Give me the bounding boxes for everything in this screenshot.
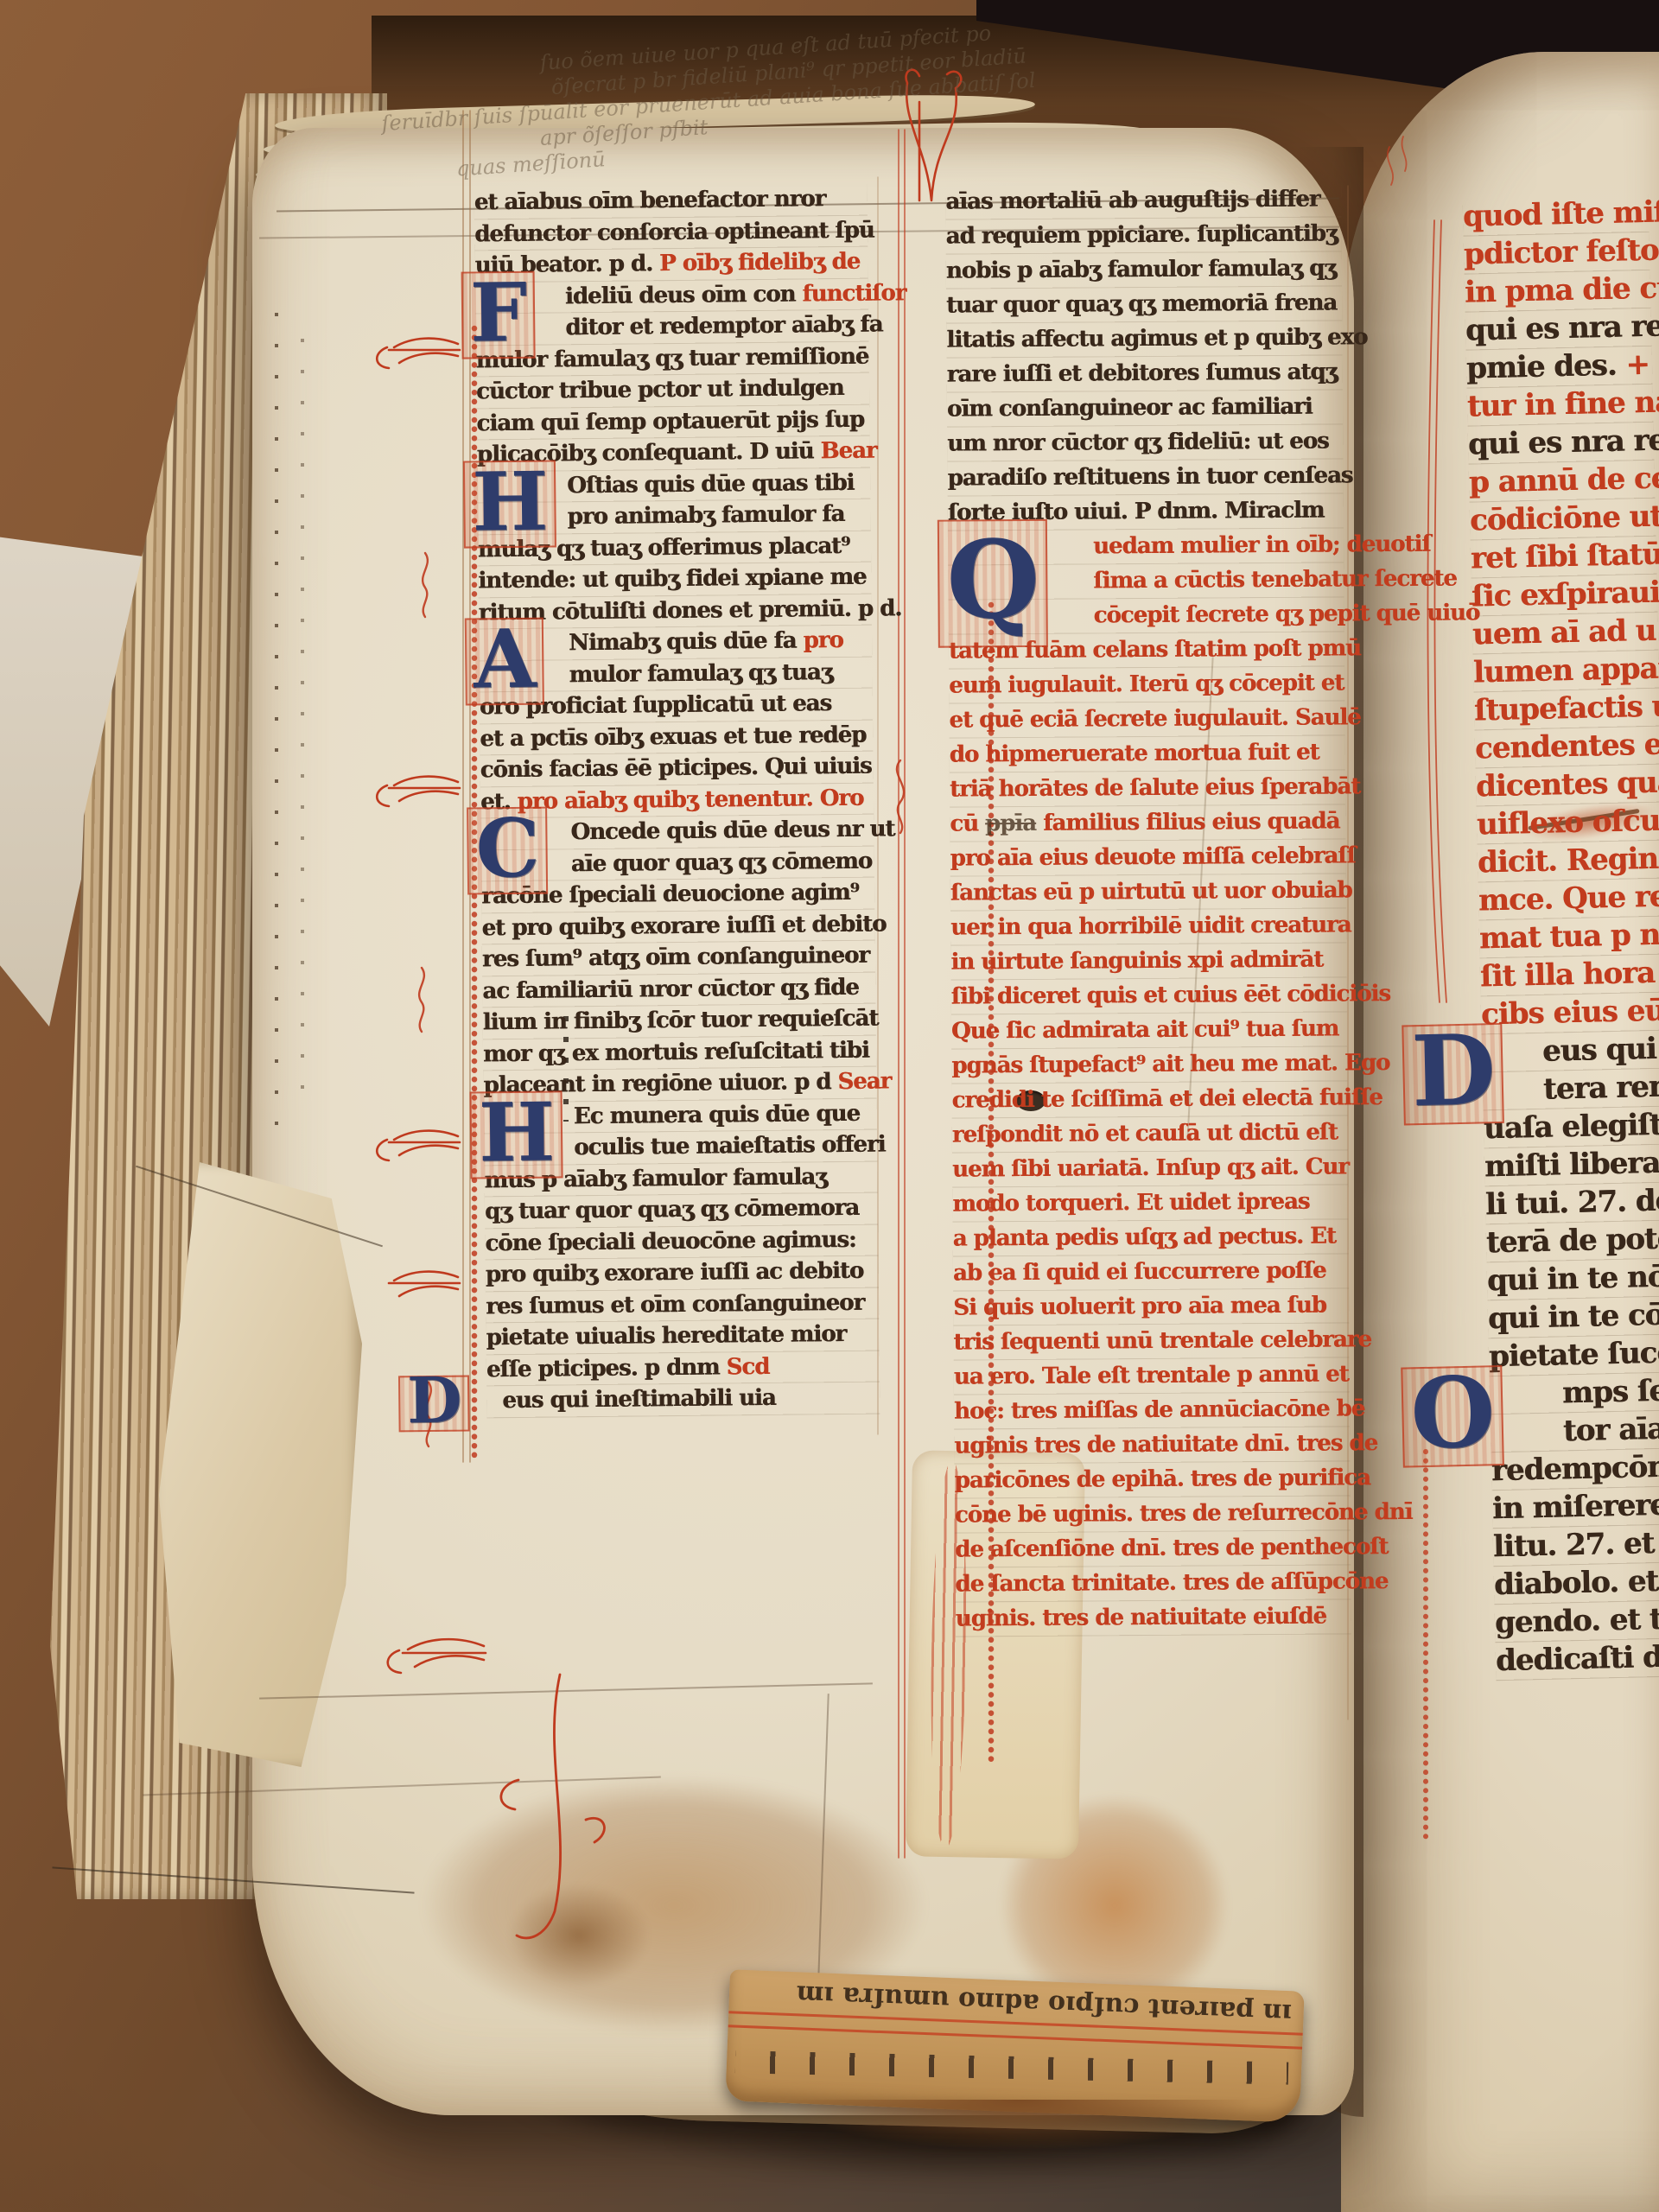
text-run: in uirtute ſanguinis xpi admirāt	[950, 947, 1323, 976]
text-line: in uirtute ſanguinis xpi admirāt	[950, 942, 1346, 979]
text-run: mulor famulaʒ qʒ tuaʒ	[569, 659, 832, 688]
text-run: miſti libera puiciu	[1484, 1143, 1659, 1184]
text-line: rare iuſſi et debitores ſumus atqʒ	[947, 354, 1343, 391]
text-run: ad requiem ppiciare. ſuplicantibʒ	[945, 220, 1337, 249]
text-run: tuar quor quaʒ qʒ memoriā frena	[946, 289, 1337, 318]
text-run: de ſancta trinitate. tres de aſſūpcōne	[955, 1568, 1388, 1597]
text-run: qui es nra red	[1465, 308, 1659, 348]
text-run: lumen apparuit u	[1473, 649, 1659, 690]
text-line: uginis. tres de natiuitate eiuſdē	[956, 1599, 1351, 1636]
text-run: terā de poteſtate pag	[1486, 1218, 1659, 1261]
text-line: ſtupefactis uidit duo	[1474, 688, 1659, 730]
text-run: defunctor conſorcia optineant ſpū	[474, 217, 874, 247]
text-line: a planta pedis uſqʒ ad pectus. Et	[953, 1218, 1349, 1255]
text-run: in miſerere clement	[1492, 1484, 1659, 1526]
text-line: ret ſibi ſtatū hui⁹	[1471, 536, 1657, 578]
text-run: cendentes et intr eos	[1475, 724, 1659, 766]
text-run: um nror cūctor qʒ fideliū: ut eos	[947, 429, 1329, 457]
text-run: ſanctas eū p uirtutū ut uor obuiab	[950, 877, 1352, 906]
text-run: qui in te nō credit	[1487, 1257, 1659, 1298]
text-line: cendentes et intr eos	[1475, 726, 1659, 768]
text-run: do hipmeruerate mortua fuit et	[950, 740, 1319, 768]
text-line: ſibi diceret quis et cuius ēēt cōdiciōis	[951, 976, 1347, 1014]
text-run: lium in finibʒ ſcōr tuor requieſcāt	[483, 1006, 879, 1036]
illuminated-initial-H: H	[472, 465, 548, 537]
left-page-column-2: aīas mortaliū ab auguſtijs differad requ…	[945, 181, 1351, 1636]
text-run: eum iugulauit. Iterū qʒ cōcepit et	[949, 670, 1344, 698]
text-run: qui es nra rede	[1468, 422, 1659, 461]
text-line: litu. 27. et quicquid ui	[1493, 1523, 1659, 1566]
text-line: ciam quī ſemp optauerūt pijs ſup	[476, 404, 869, 439]
text-run: ab ea ſi quid ei ſuccurrere poſſe	[953, 1258, 1326, 1287]
text-run: uem aī ad u	[1472, 613, 1656, 652]
text-run: uginis tres de natiuitate dnī. tres de	[954, 1430, 1377, 1459]
text-line: paradiſo reſtituens in tuor cenſeas	[947, 458, 1343, 495]
text-run: pietate ſuccurre.	[1489, 1333, 1659, 1374]
text-run: ſit illa hora qua te	[1480, 953, 1659, 994]
text-line: dicentes quā credid	[1476, 764, 1659, 806]
text-run: li tui. 27. de manibʒ	[1485, 1180, 1659, 1222]
text-line: diabolo. et ppia iniqui	[1493, 1561, 1659, 1604]
text-run: redempcōnis tocius	[1491, 1446, 1659, 1488]
text-run: mor qʒ ex mortuis reſuſcitati tibi	[483, 1037, 869, 1067]
text-line: cōdiciōne ut a	[1470, 498, 1656, 540]
text-run: et pro quibʒ exorare iuſſi et debito	[481, 911, 886, 941]
text-line: pietate uiualis hereditate mior	[486, 1319, 879, 1354]
text-line: qʒ tuar quor quaʒ qʒ cōmemora	[485, 1192, 878, 1228]
text-line: reſpondit nō et cauſā ut dictū eſt	[952, 1115, 1348, 1152]
text-line: cōne bē uginis. tres de reſurrecōne dnī	[955, 1495, 1351, 1532]
text-run: mps ſempitne	[1562, 1371, 1659, 1411]
text-line: mps ſempitne	[1490, 1371, 1659, 1414]
text-line: redempcōnis tocius	[1491, 1447, 1659, 1490]
text-line: pdictor feſtor	[1464, 232, 1650, 274]
text-line: hoc: tres miſſas de annūciacōne bē	[954, 1391, 1350, 1428]
text-run: dicit. Regina mīe u	[1478, 839, 1659, 880]
text-run: ſtupefactis uidit duo	[1474, 686, 1659, 728]
text-run: mat tua p nobr tris	[1479, 915, 1659, 957]
text-run: oīm conſanguineor ac familiari	[947, 394, 1313, 423]
text-run: uginis. tres de natiuitate eiuſdē	[956, 1604, 1327, 1632]
text-run: Si quis uoluerit pro aīa mea ſub	[953, 1293, 1326, 1321]
text-line: uaſa elegiſti. morte	[1484, 1106, 1659, 1148]
text-line: modo torqueri. Et uidet ipreas	[952, 1184, 1348, 1221]
text-run: ſic exſpirauit. Poſt	[1471, 573, 1659, 613]
text-run: pietate uiualis hereditate mior	[486, 1321, 846, 1351]
text-line: tris ſequenti unū trentale celebrare	[953, 1322, 1349, 1359]
text-run: p annū de celebr	[1469, 460, 1659, 500]
text-run: Sear	[837, 1068, 891, 1095]
text-line: eum iugulauit. Iterū qʒ cōcepit et	[949, 665, 1344, 702]
text-run: qui in te cōfidit p	[1488, 1295, 1659, 1336]
text-line: cōne ſpeciali deuocōne agimus:	[485, 1224, 878, 1259]
text-run: +	[1625, 347, 1649, 383]
text-run: aīe quor quaʒ qʒ cōmemo	[571, 848, 873, 877]
text-run: cōne bē uginis. tres de reſurrecōne dnī	[955, 1499, 1413, 1529]
illuminated-initial-D: D	[1410, 1028, 1495, 1115]
text-line: aīas mortaliū ab auguſtijs differ	[945, 181, 1341, 219]
text-run: modo torqueri. Et uidet ipreas	[952, 1189, 1309, 1217]
text-run: uedam mulier in oīb; deuotiſ	[1093, 531, 1431, 560]
text-run: tur in fine nar	[1467, 385, 1659, 424]
text-line: quod iſte miſſe	[1463, 194, 1649, 236]
text-line: ſanctas eū p uirtutū ut uor obuiab	[950, 873, 1346, 910]
text-line: et aīabus oīm benefactor nror	[474, 183, 868, 219]
text-line: ab ea ſi quid ei ſuccurrere poſſe	[953, 1253, 1349, 1290]
text-run: uiflexo oſculata ped	[1477, 800, 1659, 842]
text-run: tera remiſſiōnis e	[1543, 1066, 1659, 1107]
text-run: dicentes quā credid	[1476, 762, 1659, 804]
text-run: credidi te ſciſſimā et dei electā fuiſſe	[951, 1084, 1382, 1113]
text-line: eus qui es ū	[1482, 1030, 1659, 1072]
text-line: qui in te cōfidit p	[1488, 1295, 1659, 1338]
text-line: tuar quor quaʒ qʒ memoriā frena	[946, 285, 1342, 322]
text-line: miſti libera puiciu	[1484, 1143, 1659, 1185]
prick-marks	[275, 285, 278, 1132]
text-line: res ſumus et oīm conſanguineor	[486, 1287, 879, 1322]
illuminated-initial-O: O	[1409, 1370, 1495, 1457]
text-line: cōnis facias ēē pticipes. Qui uiuis	[480, 751, 873, 786]
text-run: pro aīabʒ quibʒ tenentur. Oro	[518, 785, 864, 814]
text-run: Que ſic admirata ait cui⁹ tua ſum	[951, 1015, 1338, 1044]
text-run: Oſtias quis dūe quas tibi	[567, 469, 854, 498]
text-run: Oncede quis dūe deus nr ut	[570, 816, 894, 845]
text-line: oīm conſanguineor ac familiari	[947, 389, 1343, 426]
text-run: pgnās ſtupefact⁹ ait heu me mat. Ego	[951, 1050, 1389, 1079]
text-run: Ec munera quis dūe que	[574, 1100, 860, 1128]
text-line: de ſancta trinitate. tres de aſſūpcōne	[955, 1564, 1351, 1601]
text-run: res ſumus et oīm conſanguineor	[486, 1289, 864, 1319]
text-line: li tui. 27. de manibʒ	[1485, 1181, 1659, 1224]
under-page-glow	[709, 2100, 1331, 2212]
text-run: eus qui ineſtimabili uia	[502, 1385, 776, 1414]
text-line: defunctor conſorcia optineant ſpū	[474, 214, 868, 250]
text-line: uem ſibi uariatā. Inſup qʒ ait. Cur	[952, 1149, 1348, 1186]
text-run: cōnis facias ēē pticipes. Qui uiuis	[480, 753, 871, 784]
text-run: eus qui es ū	[1542, 1030, 1659, 1069]
right-page-column: quod iſte miſſepdictor feſtorin pma die …	[1463, 194, 1659, 1680]
illuminated-initial-Q: Q	[946, 524, 1039, 638]
text-run: ſima a cūctis tenebatur ſecrete	[1093, 565, 1457, 594]
illuminated-initial-H: H	[479, 1096, 555, 1168]
text-line: cibs eius eū	[1481, 992, 1659, 1034]
text-run: quod iſte miſſe	[1463, 194, 1659, 234]
text-line: de aſcenſiōne dnī. tres de penthecoſt	[955, 1529, 1351, 1567]
text-line: eus qui ineſtimabili uia	[486, 1382, 880, 1417]
text-run: et aīabus oīm benefactor nror	[474, 186, 826, 215]
text-line: uer in qua horribilē uidit creatura	[950, 907, 1346, 944]
text-line: litatis affectu agimus et p quibʒ exo	[946, 320, 1342, 357]
text-run: ditor et redemptor aīabʒ fa	[565, 311, 882, 340]
text-run: tris ſequenti unū trentale celebrare	[953, 1326, 1371, 1355]
text-run: rare iuſſi et debitores ſumus atqʒ	[947, 359, 1338, 387]
text-line: paricōnes de epihā. tres de purifica	[954, 1460, 1350, 1497]
text-line: pmie des. + Deu	[1466, 346, 1653, 388]
text-run: tor aīar ſalur	[1563, 1409, 1659, 1448]
text-run: cōne ſpeciali deuocōne agimus:	[485, 1226, 855, 1255]
text-line: uginis tres de natiuitate dnī. tres de	[954, 1426, 1350, 1463]
text-line: mce. Que reſpondit	[1478, 878, 1659, 920]
left-page-column-1: et aīabus oīm benefactor nrordefunctor c…	[474, 183, 880, 1417]
text-line: uiflexo oſculata ped	[1477, 802, 1659, 844]
text-line: pro aīa eius deuote miſſā celebraſſ	[950, 838, 1345, 875]
text-run: gendo. et terrā quī ſau	[1495, 1598, 1659, 1640]
text-line: tor aīar ſalur	[1491, 1409, 1659, 1452]
text-line: et pro quibʒ exorare iuſſi et debito	[481, 908, 874, 944]
fragment-tick-marks	[735, 2050, 1288, 2084]
text-run: ſibi diceret quis et cuius ēēt cōdiciōis	[951, 981, 1391, 1010]
text-line: gendo. et terrā quī ſau	[1494, 1599, 1659, 1642]
text-run: res ſum⁹ atqʒ oīm conſanguineor	[482, 943, 869, 973]
text-line: p annū de celebr	[1469, 460, 1656, 502]
text-run: intende: ut quibʒ fidei xpiane me	[478, 564, 866, 594]
text-run: Bear	[820, 438, 876, 465]
text-line: credidi te ſciſſimā et dei electā fuiſſe	[951, 1080, 1347, 1117]
text-line: uem aī ad u	[1472, 612, 1659, 654]
text-run: Nimabʒ quis dūe fa	[569, 627, 804, 656]
text-run: litatis affectu agimus et p quibʒ exo	[946, 324, 1367, 353]
text-line: in miſerere clement	[1492, 1485, 1659, 1528]
text-run: ua ero. Tale eſt trentale p annū et	[954, 1361, 1349, 1389]
text-run: Deu	[1649, 346, 1659, 382]
manuscript-photo: ſuo õem uiue uor p qua eſt ad tuū pfecit…	[0, 0, 1659, 2212]
text-run: uer in qua horribilē uidit creatura	[950, 912, 1351, 940]
text-run: uaſa elegiſti. morte	[1484, 1104, 1659, 1146]
text-line: um nror cūctor qʒ fideliū: ut eos	[947, 423, 1343, 461]
text-run: pmie des.	[1466, 347, 1626, 385]
text-line: Si quis uoluerit pro aīa mea ſub	[953, 1287, 1349, 1325]
text-run: et quē eciā ſecrete iugulauit. Saulē	[949, 704, 1360, 733]
text-line: ſit illa hora qua te	[1480, 954, 1659, 996]
text-run: hoc: tres miſſas de annūciacōne bē	[954, 1395, 1364, 1424]
text-run: a planta pedis uſqʒ ad pectus. Et	[953, 1223, 1336, 1251]
text-run: de aſcenſiōne dnī. tres de penthecoſt	[955, 1534, 1388, 1562]
text-line: ad requiem ppiciare. ſuplicantibʒ	[945, 216, 1341, 253]
text-line: cū ppīa familius filius eius quadā	[950, 804, 1345, 841]
text-run: paradiſo reſtituens in tuor cenſeas	[947, 462, 1352, 491]
text-line: qui in te nō credit	[1487, 1257, 1659, 1300]
text-run: ciam quī ſemp optauerūt pijs ſup	[476, 406, 864, 436]
text-run: ideliū deus oīm con	[565, 281, 803, 309]
illuminated-initial-D: D	[407, 1381, 461, 1421]
text-run: diabolo. et ppia iniqui	[1494, 1560, 1659, 1602]
text-run: pro quibʒ exorare iuſſi ac debito	[486, 1258, 864, 1288]
text-line: mor qʒ ex mortuis reſuſcitati tibi	[483, 1034, 876, 1070]
text-line: tur in fine nar	[1467, 384, 1654, 426]
text-line: triā horātes de ſalute eius ſperabāt	[950, 769, 1345, 806]
text-line: pgnās ſtupefact⁹ ait heu me mat. Ego	[951, 1046, 1347, 1083]
text-line: Que ſic admirata ait cui⁹ tua ſum	[951, 1011, 1347, 1048]
stain-dark-core	[484, 1866, 674, 2005]
text-run: cūctor tribue pctor ut indulgen	[476, 375, 844, 404]
text-line: nobis p aīabʒ famulor famulaʒ qʒ	[946, 251, 1342, 288]
illuminated-initial-F: F	[470, 276, 527, 348]
text-run: dedicaſti de manibʒ inī	[1496, 1636, 1659, 1678]
text-run: aīas mortaliū ab auguſtijs differ	[945, 187, 1319, 215]
text-line: dicit. Regina mīe u	[1478, 840, 1659, 882]
text-run: familius filius eius quadā	[1036, 808, 1339, 836]
text-line: pro quibʒ exorare iuſſi ac debito	[486, 1255, 879, 1291]
text-run: P oībʒ fidelibʒ de	[659, 249, 860, 276]
text-line: in pma die cū ſe	[1465, 270, 1651, 312]
text-line: dedicaſti de manibʒ inī	[1495, 1637, 1659, 1680]
text-run: ppīa	[985, 810, 1036, 836]
text-run: in pma die cū ſe	[1465, 270, 1659, 310]
text-run: mce. Que reſpondit	[1478, 877, 1659, 918]
text-line: intende: ut quibʒ fidei xpiane me	[478, 562, 871, 597]
text-run: pro	[803, 627, 843, 653]
text-line: ua ero. Tale eſt trentale p annū et	[954, 1357, 1350, 1394]
text-run: uem ſibi uariatā. Inſup qʒ ait. Cur	[952, 1154, 1349, 1182]
text-run: pro aīa eius deuote miſſā celebraſſ	[950, 842, 1355, 871]
text-line: cūctor tribue pctor ut indulgen	[476, 372, 869, 408]
text-line: et quē eciā ſecrete iugulauit. Saulē	[949, 700, 1344, 737]
text-line: ac familiariū nror cūctor qʒ fide	[482, 971, 875, 1007]
text-run: eſſe pticipes. p dnm	[486, 1354, 727, 1382]
text-line: mat tua p nobr tris	[1479, 916, 1659, 958]
text-line: pietate ſuccurre. D	[1489, 1333, 1659, 1376]
text-run: cōcepit ſecrete qʒ pepit quē uiuō	[1094, 600, 1480, 628]
text-line: do hipmeruerate mortua fuit et	[950, 734, 1345, 772]
text-line: eſſe pticipes. p dnm Scd	[486, 1350, 880, 1385]
text-line: et a pctīs oībʒ exuas et tue redēp	[480, 719, 873, 754]
prick-marks	[301, 311, 304, 1089]
text-line: qui es nra rede	[1468, 422, 1655, 464]
text-run: ret ſibi ſtatū hui⁹	[1471, 536, 1659, 576]
text-run: triā horātes de ſalute eius ſperabāt	[950, 773, 1360, 802]
text-line: qui es nra red	[1465, 308, 1652, 350]
text-run: nobis p aīabʒ famulor famulaʒ qʒ	[946, 255, 1336, 283]
text-line: ſic exſpirauit. Poſt	[1471, 574, 1658, 616]
illuminated-initial-A: A	[474, 623, 536, 696]
text-run: pdictor feſtor	[1464, 232, 1659, 271]
text-run: ac familiariū nror cūctor qʒ fide	[482, 974, 859, 1004]
text-run: cibs eius eū	[1481, 994, 1659, 1033]
text-line: tera remiſſiōnis e	[1483, 1068, 1659, 1110]
text-line: terā de poteſtate pag	[1486, 1219, 1659, 1262]
text-run: et a pctīs oībʒ exuas et tue redēp	[480, 721, 866, 752]
text-run: oculis tue maieſtatis offeri	[574, 1131, 886, 1160]
text-run: qʒ tuar quor quaʒ qʒ cōmemora	[485, 1195, 859, 1225]
text-run: paricōnes de epihā. tres de purifica	[955, 1465, 1370, 1493]
text-run: cōdiciōne ut a	[1470, 499, 1659, 538]
text-line: lium in finibʒ ſcōr tuor requieſcāt	[482, 1003, 875, 1039]
text-run: cū	[950, 810, 985, 836]
text-run: Miraclm	[1224, 498, 1325, 524]
text-line: lumen apparuit u	[1473, 650, 1659, 692]
illuminated-initial-C: C	[475, 812, 539, 885]
text-run: pro animabʒ famulor fa	[567, 501, 844, 530]
text-run: reſpondit nō et cauſā ut dictū eſt	[952, 1119, 1338, 1147]
text-run: Scd	[726, 1353, 769, 1380]
text-run: functiſor	[802, 280, 906, 307]
text-line: res ſum⁹ atqʒ oīm conſanguineor	[482, 940, 875, 976]
text-run: litu. 27. et quicquid ui	[1493, 1522, 1659, 1564]
